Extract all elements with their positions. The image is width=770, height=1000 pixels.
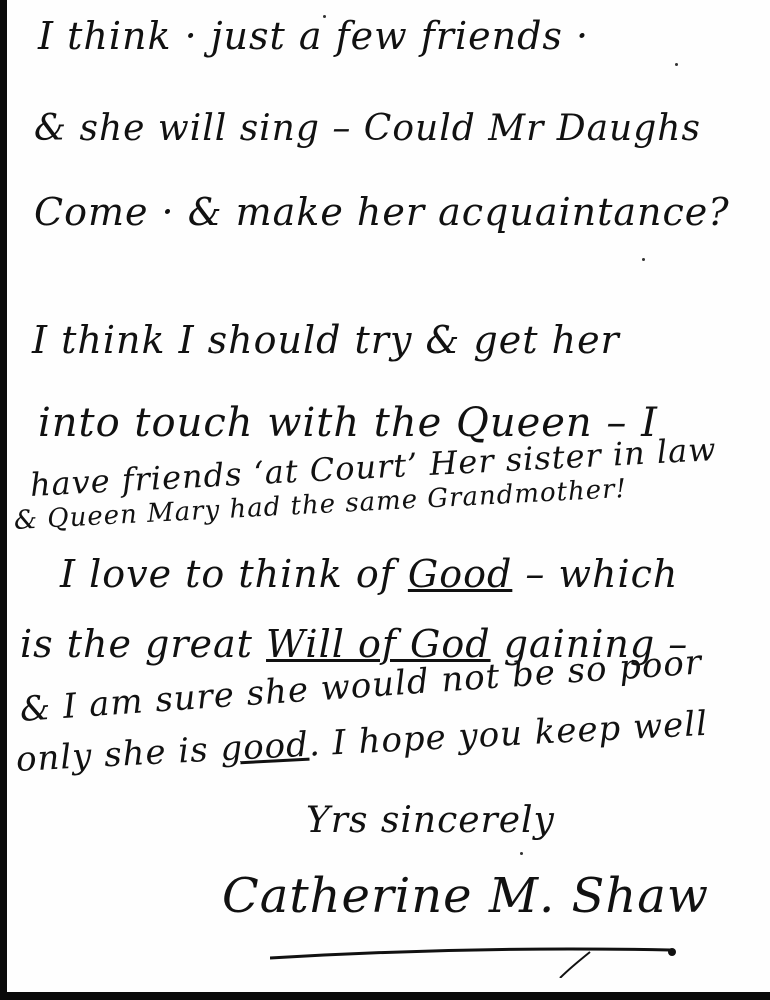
line-11-emphasis: good bbox=[219, 725, 309, 770]
line-11-text-pre: only she is bbox=[15, 729, 221, 780]
scan-border-bottom bbox=[0, 992, 770, 1000]
letter-line-2: & she will sing – Could Mr Daughs bbox=[34, 108, 701, 149]
scan-border-left bbox=[0, 0, 7, 1000]
line-11-text-post: . I hope you keep well bbox=[308, 704, 709, 765]
ink-speck bbox=[642, 258, 645, 261]
line-9-text-pre: is the great bbox=[20, 622, 266, 666]
line-8-emphasis: Good bbox=[408, 552, 512, 596]
letter-signature: Catherine M. Shaw bbox=[222, 868, 709, 924]
line-8-text-pre: I love to think of bbox=[60, 552, 408, 596]
letter-line-8: I love to think of Good – which bbox=[60, 552, 678, 596]
line-8-text-post: – which bbox=[512, 552, 678, 596]
letter-line-3: Come · & make her acquaintance? bbox=[34, 190, 730, 234]
signature-flourish bbox=[270, 938, 690, 978]
ink-speck bbox=[520, 852, 523, 855]
ink-speck bbox=[675, 63, 678, 66]
letter-closing: Yrs sincerely bbox=[306, 800, 555, 841]
ink-speck bbox=[323, 15, 326, 18]
letter-line-4: I think I should try & get her bbox=[32, 318, 620, 362]
letter-page: I think · just a few friends · & she wil… bbox=[0, 0, 770, 1000]
letter-line-1: I think · just a few friends · bbox=[38, 14, 589, 58]
